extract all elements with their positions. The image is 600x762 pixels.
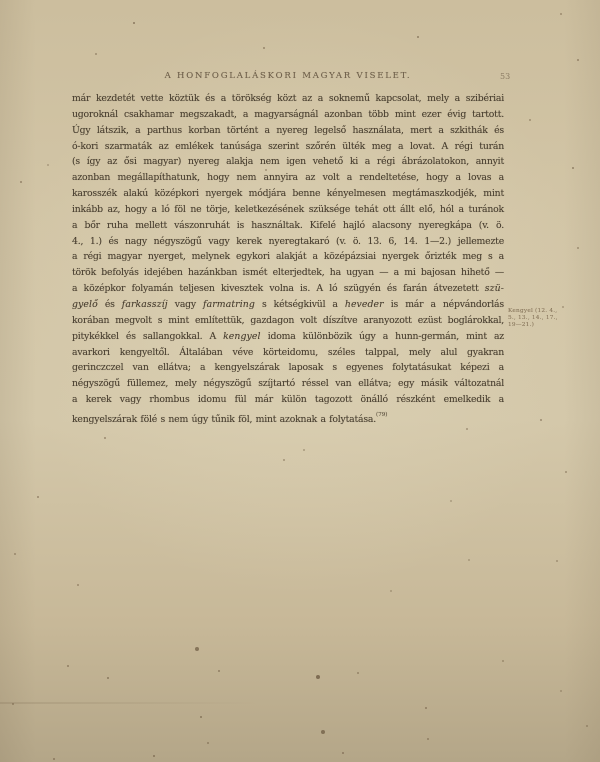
running-header-title: A HONFOGLALÁSKORI MAGYAR VISELET. xyxy=(72,71,504,81)
text-line: török befolyás idejében hazánkban ismét … xyxy=(72,265,504,281)
text-line: ó-kori szarmaták az emlékek tanúsága sze… xyxy=(72,139,504,155)
text-line: a régi magyar nyerget, melynek egykori a… xyxy=(72,249,504,265)
text-line: kengyelszárak fölé s nem úgy tűnik föl, … xyxy=(72,408,504,424)
page-number: 53 xyxy=(500,72,510,81)
text-line: karosszék alakú középkori nyergek módjár… xyxy=(72,186,504,202)
paper-foxing-speckles xyxy=(0,0,2,2)
text-line: pitykékkel és sallangokkal. A kengyel id… xyxy=(72,329,504,345)
text-line: avarkori kengyeltől. Általában véve kört… xyxy=(72,345,504,361)
paper-crease xyxy=(0,702,260,704)
text-line: négyszögű füllemez, mely négyszögű szíjt… xyxy=(72,376,504,392)
body-text: már kezdetét vette köztük és a törökség … xyxy=(72,91,504,424)
text-line: a kerek vagy rhombus idomu fül már külön… xyxy=(72,392,504,408)
text-line: korában megvolt s mint említettük, gazda… xyxy=(72,313,504,329)
text-line: inkább az, hogy a ló föl ne törje, kelet… xyxy=(72,202,504,218)
text-line: 4., 1.) és nagy négyszögű vagy kerek nye… xyxy=(72,234,504,250)
text-line: azonban megállapíthatunk, hogy nem annyi… xyxy=(72,170,504,186)
text-line: gerinczczel van ellátva; a kengyelszárak… xyxy=(72,360,504,376)
margin-note-line: 19—21.) xyxy=(508,322,570,329)
text-line: Úgy látszik, a parthus korban történt a … xyxy=(72,123,504,139)
text-line: ugoroknál csakhamar megszakadt, a magyar… xyxy=(72,107,504,123)
text-line: (s így az ősi magyar) nyereg alakja nem … xyxy=(72,154,504,170)
text-line: gyelő és farkasszíj vagy farmatring s ké… xyxy=(72,297,504,313)
margin-note: Kengyel (12. 4., 5., 13., 14., 17., 19—2… xyxy=(508,308,570,330)
text-line: a bőr ruha mellett vászonruhát is haszná… xyxy=(72,218,504,234)
text-line: a középkor folyamán teljesen kivesztek v… xyxy=(72,281,504,297)
text-line: már kezdetét vette köztük és a törökség … xyxy=(72,91,504,107)
